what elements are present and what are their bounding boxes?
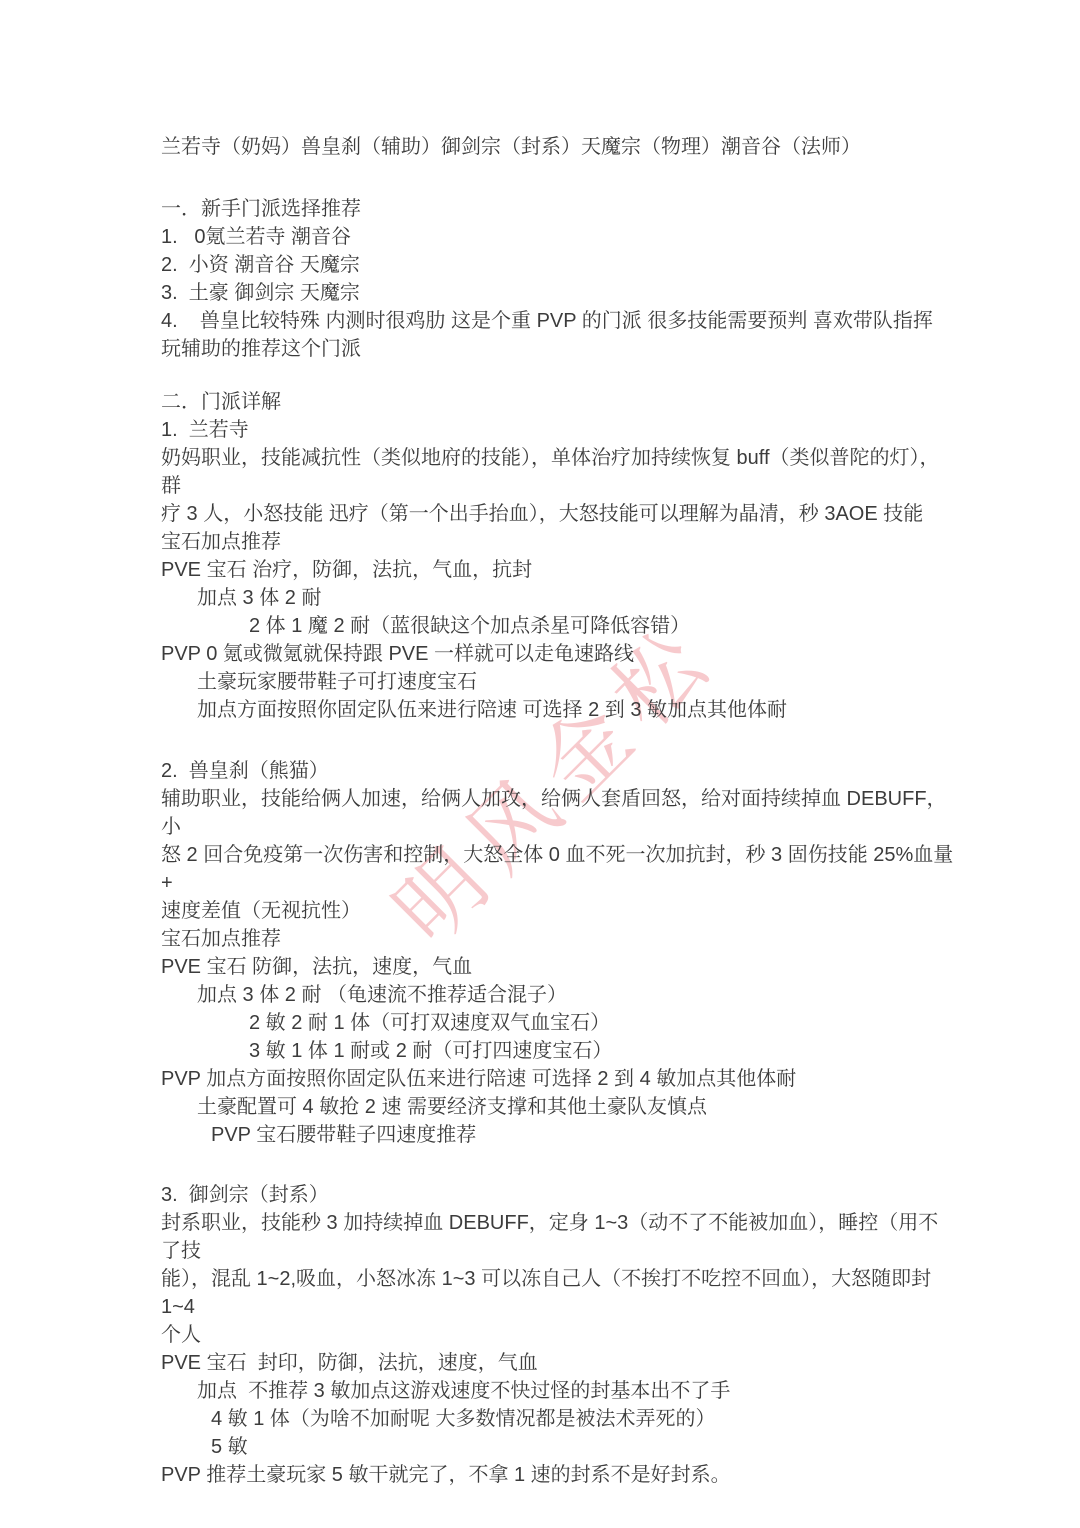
doc-line: 加点 3 体 2 耐 (161, 584, 956, 612)
document-body: 兰若寺（奶妈）兽皇刹（辅助）御剑宗（封系）天魔宗（物理）潮音谷（法师）一．新手门… (161, 133, 956, 1489)
section-heading-2: 二．门派详解 (161, 388, 956, 416)
section-heading-1: 一．新手门派选择推荐 (161, 195, 956, 223)
doc-line: 5 敏 (161, 1433, 956, 1461)
doc-line: 宝石加点推荐 (161, 528, 956, 556)
doc-line: 土豪配置可 4 敏抢 2 速 需要经济支撑和其他土豪队友慎点 (161, 1093, 956, 1121)
list-item: 4. 兽皇比较特殊 内测时很鸡肋 这是个重 PVP 的门派 很多技能需要预判 喜… (161, 307, 956, 363)
doc-line: 2 体 1 魔 2 耐（蓝很缺这个加点杀星可降低容错） (161, 612, 956, 640)
list-item: 1. 0氪兰若寺 潮音谷 (161, 223, 956, 251)
doc-line: PVP 加点方面按照你固定队伍来进行陪速 可选择 2 到 4 敏加点其他体耐 (161, 1065, 956, 1093)
doc-line: PVP 宝石腰带鞋子四速度推荐 (161, 1121, 956, 1149)
blank-line (161, 1149, 956, 1181)
doc-line: 加点 3 体 2 耐 （龟速流不推荐适合混子） (161, 981, 956, 1009)
list-item: 1. 兰若寺 (161, 416, 956, 444)
list-item: 3. 御剑宗（封系） (161, 1181, 956, 1209)
doc-line: 4 敏 1 体（为啥不加耐呢 大多数情况都是被法术弄死的） (161, 1405, 956, 1433)
doc-line: 2 敏 2 耐 1 体（可打双速度双气血宝石） (161, 1009, 956, 1037)
list-item: 2. 小资 潮音谷 天魔宗 (161, 251, 956, 279)
doc-line: PVE 宝石 治疗，防御，法抗，气血，抗封 (161, 556, 956, 584)
list-item: 3. 土豪 御剑宗 天魔宗 (161, 279, 956, 307)
doc-line: 3 敏 1 体 1 耐或 2 耐（可打四速度宝石） (161, 1037, 956, 1065)
doc-line: PVE 宝石 防御，法抗，速度，气血 (161, 953, 956, 981)
doc-title: 兰若寺（奶妈）兽皇刹（辅助）御剑宗（封系）天魔宗（物理）潮音谷（法师） (161, 133, 956, 161)
doc-line: 加点 不推荐 3 敏加点这游戏速度不快过怪的封基本出不了手 (161, 1377, 956, 1405)
doc-line: PVE 宝石 封印，防御，法抗，速度，气血 (161, 1349, 956, 1377)
blank-line (161, 363, 956, 388)
paragraph: 奶妈职业，技能减抗性（类似地府的技能），单体治疗加持续恢复 buff（类似普陀的… (161, 444, 956, 528)
paragraph: 辅助职业，技能给俩人加速，给俩人加攻，给俩人套盾回怒，给对面持续掉血 DEBUF… (161, 785, 956, 925)
blank-line (161, 161, 956, 195)
doc-line: 加点方面按照你固定队伍来进行陪速 可选择 2 到 3 敏加点其他体耐 (161, 696, 956, 724)
document-page: 明风金松 兰若寺（奶妈）兽皇刹（辅助）御剑宗（封系）天魔宗（物理）潮音谷（法师）… (0, 0, 1080, 1528)
paragraph: 封系职业，技能秒 3 加持续掉血 DEBUFF，定身 1~3（动不了不能被加血）… (161, 1209, 956, 1349)
doc-line: PVP 推荐土豪玩家 5 敏干就完了，不拿 1 速的封系不是好封系。 (161, 1461, 956, 1489)
list-item: 2. 兽皇刹（熊猫） (161, 757, 956, 785)
doc-line: 宝石加点推荐 (161, 925, 956, 953)
blank-line (161, 724, 956, 757)
doc-line: PVP 0 氪或微氪就保持跟 PVE 一样就可以走龟速路线 (161, 640, 956, 668)
doc-line: 土豪玩家腰带鞋子可打速度宝石 (161, 668, 956, 696)
